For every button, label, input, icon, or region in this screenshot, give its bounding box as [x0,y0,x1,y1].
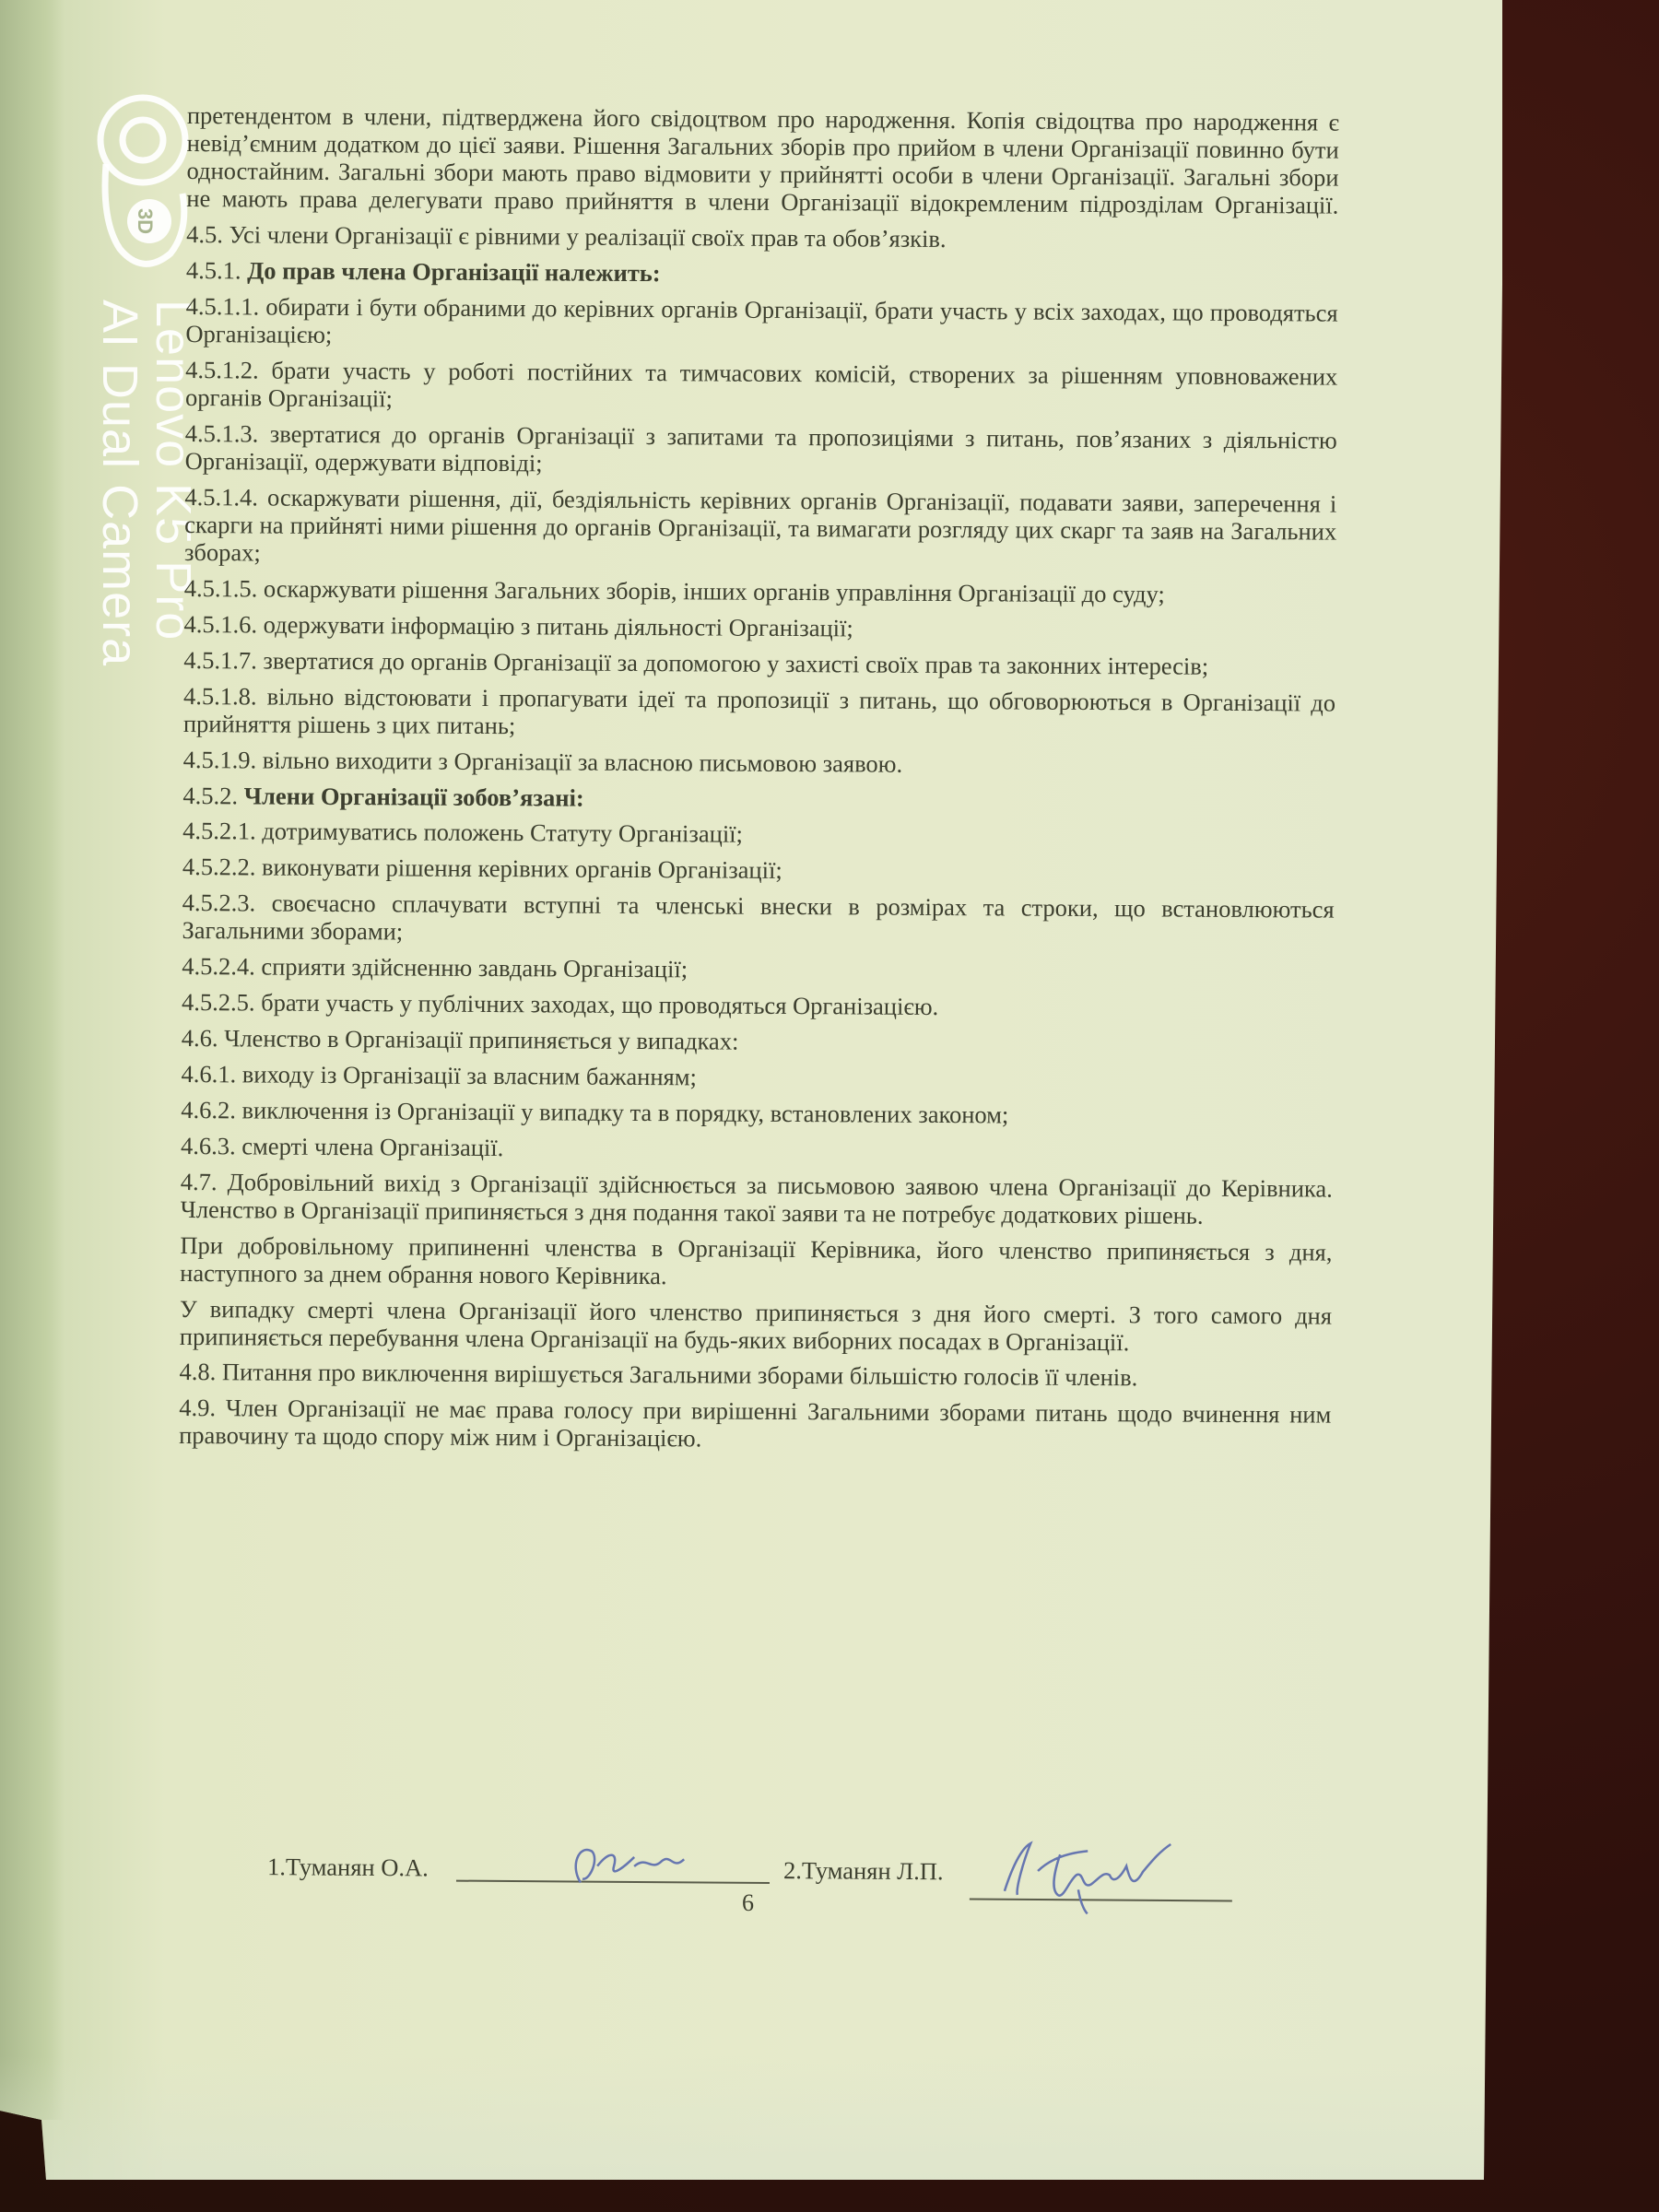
page-gutter-shadow [0,0,65,2120]
paragraph: 4.7. Добровільний вихід з Організації зд… [181,1168,1333,1230]
paragraph: 4.5. Усі члени Організації є рівними у р… [186,220,1338,255]
paragraph: 4.5.1.5. оскаржувати рішення Загальних з… [184,574,1336,609]
paragraph: 4.5.2.1. дотримуватись положень Статуту … [182,817,1335,852]
paragraph: 4.9. Член Організації не має права голос… [179,1394,1331,1456]
section-heading-bold: Члени Організації зобов’язані: [244,782,584,811]
section-heading: 4.5.1. До прав члена Організації належит… [186,256,1338,291]
paragraph: 4.5.1.4. оскаржувати рішення, дії, безді… [184,483,1337,573]
camera-watermark: 3D Lenovo K5 Pro AI Dual Camera [88,92,198,719]
section-number: 4.5.1. [186,256,241,284]
signatory-2-name: 2.Туманян Л.П. [783,1856,944,1886]
logo-badge-text: 3D [133,208,157,234]
paragraph: 4.5.2.4. сприяти здійсненню завдань Орга… [182,952,1334,987]
paragraph: 4.8. Питання про виключення вирішується … [179,1358,1331,1393]
paragraph: 4.5.1.1. обирати і бути обраними до кері… [185,292,1337,355]
paragraph: 4.6. Членство в Організації припиняється… [182,1024,1334,1059]
signatory-1-name: 1.Туманян О.А. [267,1853,429,1882]
page-number: 6 [742,1889,754,1917]
paragraph: При добровільному припиненні членства в … [180,1230,1332,1293]
paragraph: У випадку смерті члена Організації його … [180,1294,1332,1357]
paragraph: 4.5.1.7. звертатися до органів Організац… [183,646,1335,681]
paragraph: 4.5.2.2. виконувати рішення керівних орг… [182,853,1335,888]
document-body: претендентом в члени, підтверджена його … [179,101,1339,1465]
paragraph: 4.6.3. смерті члена Організації. [181,1132,1333,1167]
paragraph: 4.5.1.8. вільно відстоювати і пропагуват… [183,682,1335,745]
paragraph: 4.5.2.3. своєчасно сплачувати вступні та… [182,888,1334,951]
watermark-camera: AI Dual Camera [95,300,145,666]
paragraph: 4.6.1. виходу із Організації за власним … [181,1060,1333,1095]
paragraph: 4.5.1.2. брати участь у роботі постійних… [185,356,1337,418]
paragraph: 4.5.1.6. одержувати інформацію з питань … [183,610,1335,645]
signature-block: 1.Туманян О.А. 2.Туманян Л.П. [267,1849,1281,1912]
paragraph: 4.6.2. виключення із Організації у випад… [181,1096,1333,1131]
section-number: 4.5.2. [182,782,238,809]
paragraph: претендентом в члени, підтверджена його … [186,101,1339,219]
section-heading: 4.5.2. Члени Організації зобов’язані: [182,782,1335,817]
paragraph: 4.5.1.9. вільно виходити з Організації з… [183,746,1335,781]
signature-2-icon [995,1834,1236,1919]
signature-1-icon [562,1838,719,1894]
section-heading-bold: До прав члена Організації належить: [247,256,661,287]
paragraph: 4.5.1.3. звертатися до органів Організац… [185,419,1337,482]
camera-logo-icon [92,92,194,276]
paragraph: 4.5.2.5. брати участь у публічних захода… [182,988,1334,1023]
